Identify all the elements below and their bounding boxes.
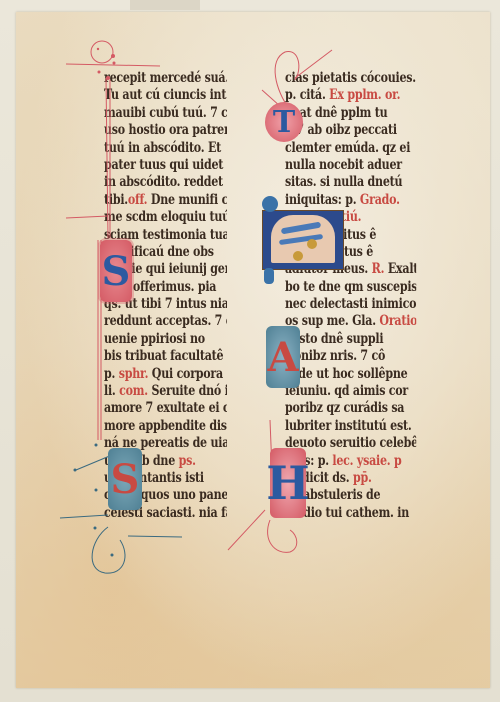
decorated-initial-t: T: [265, 102, 303, 142]
initial-letter: S: [111, 456, 140, 503]
decorated-initial-s-red: S: [108, 448, 142, 510]
initial-tail-ornament: [264, 268, 274, 284]
decorated-initial-a: A: [266, 326, 300, 388]
initial-letter: H: [266, 456, 309, 510]
initial-letter: T: [273, 105, 295, 140]
decorated-initial-h: H: [270, 448, 306, 518]
gold-boss: [293, 251, 303, 261]
initial-letter: H: [303, 240, 304, 241]
penwork-flourish-left: [0, 0, 500, 702]
gold-boss: [307, 239, 317, 249]
initial-letter: A: [267, 334, 298, 381]
initial-cap-ornament: [262, 196, 278, 212]
historiated-initial-h: H: [262, 210, 344, 270]
initial-letter: S: [102, 248, 131, 295]
decorated-initial-s-blue: S: [100, 240, 132, 302]
